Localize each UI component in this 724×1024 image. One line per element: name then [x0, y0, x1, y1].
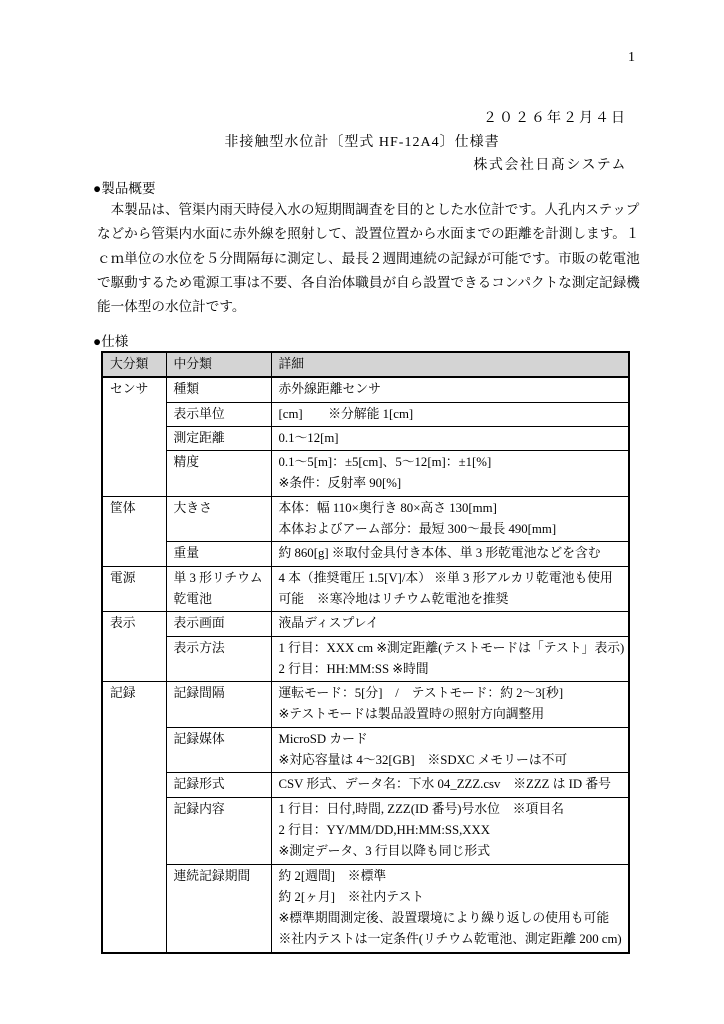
spec-detail-cell: 4 本（推奨電圧 1.5[V]/本） ※単 3 形アルカリ乾電池も使用 可能 ※… [271, 566, 629, 612]
spec-detail-cell: 本体：幅 110×奥行き 80×高さ 130[mm] 本体およびアーム部分：最短… [271, 496, 629, 542]
document-page: 1 ２０２６年２月４日 非接触型水位計〔型式 HF-12A4〕仕様書 株式会社日… [0, 0, 724, 1024]
spec-label-cell: 精度 [166, 451, 271, 497]
header-cell-subcategory: 中分類 [166, 352, 271, 377]
table-row: 表示単位 [cm] ※分解能 1[cm] [102, 402, 629, 426]
spec-label-cell: 記録間隔 [166, 682, 271, 728]
spec-category-cell-recording: 記録 [102, 682, 166, 953]
spec-label-cell: 連続記録期間 [166, 864, 271, 953]
spec-label-cell: 表示画面 [166, 612, 271, 636]
spec-detail-cell: 赤外線距離センサ [271, 377, 629, 402]
table-row: 電源 単 3 形リチウム 乾電池 4 本（推奨電圧 1.5[V]/本） ※単 3… [102, 566, 629, 612]
table-row: 測定距離 0.1～12[m] [102, 426, 629, 450]
overview-paragraph: 本製品は、管渠内雨天時侵入水の短期間調査を目的とした水位計です。人孔内ステップ … [97, 198, 631, 319]
spec-label-cell: 重量 [166, 542, 271, 566]
section-heading-overview: ●製品概要 [93, 177, 156, 197]
table-row: 記録 記録間隔 運転モード：5[分] / テストモード：約 2～3[秒] ※テス… [102, 682, 629, 728]
spec-detail-cell: 0.1～5[m]：±5[cm]、5～12[m]：±1[%] ※条件：反射率 90… [271, 451, 629, 497]
spec-label-cell: 記録内容 [166, 797, 271, 864]
document-title: 非接触型水位計〔型式 HF-12A4〕仕様書 [0, 131, 724, 151]
table-row: センサ 種類 赤外線距離センサ [102, 377, 629, 402]
table-row: 表示方法 1 行目：XXX cm ※測定距離(テストモードは「テスト」表示) 2… [102, 636, 629, 682]
header-cell-category: 大分類 [102, 352, 166, 377]
table-row: 精度 0.1～5[m]：±5[cm]、5～12[m]：±1[%] ※条件：反射率… [102, 451, 629, 497]
spec-label-cell: 表示単位 [166, 402, 271, 426]
spec-label-cell: 記録媒体 [166, 727, 271, 773]
spec-detail-cell: 1 行目：XXX cm ※測定距離(テストモードは「テスト」表示) 2 行目：H… [271, 636, 629, 682]
spec-label-cell: 単 3 形リチウム 乾電池 [166, 566, 271, 612]
table-row: 重量 約 860[g] ※取付金具付き本体、単 3 形乾電池などを含む [102, 542, 629, 566]
spec-detail-cell: MicroSD カード ※対応容量は 4～32[GB] ※SDXC メモリーは不… [271, 727, 629, 773]
table-row: 記録内容 1 行目：日付,時間, ZZZ(ID 番号)号水位 ※項目名 2 行目… [102, 797, 629, 864]
spec-table: 大分類 中分類 詳細 センサ 種類 赤外線距離センサ 表示単位 [cm] ※分解… [101, 351, 630, 954]
spec-label-cell: 測定距離 [166, 426, 271, 450]
spec-category-cell-power: 電源 [102, 566, 166, 612]
spec-category-cell-sensor: センサ [102, 377, 166, 496]
company-name: 株式会社日髙システム [473, 154, 627, 174]
spec-detail-cell: CSV 形式、データ名：下水 04_ZZZ.csv ※ZZZ は ID 番号 [271, 773, 629, 797]
table-row: 筐体 大きさ 本体：幅 110×奥行き 80×高さ 130[mm] 本体およびア… [102, 496, 629, 542]
spec-detail-cell: 運転モード：5[分] / テストモード：約 2～3[秒] ※テストモードは製品設… [271, 682, 629, 728]
spec-label-cell: 表示方法 [166, 636, 271, 682]
page-number: 1 [628, 50, 635, 66]
spec-detail-cell: 約 2[週間] ※標準 約 2[ヶ月] ※社内テスト ※標準期間測定後、設置環境… [271, 864, 629, 953]
spec-detail-cell: 約 860[g] ※取付金具付き本体、単 3 形乾電池などを含む [271, 542, 629, 566]
spec-category-cell-enclosure: 筐体 [102, 496, 166, 566]
spec-label-cell: 種類 [166, 377, 271, 402]
spec-table-header-row: 大分類 中分類 詳細 [102, 352, 629, 377]
spec-detail-cell: 0.1～12[m] [271, 426, 629, 450]
spec-category-cell-display: 表示 [102, 612, 166, 682]
table-row: 連続記録期間 約 2[週間] ※標準 約 2[ヶ月] ※社内テスト ※標準期間測… [102, 864, 629, 953]
spec-detail-cell: [cm] ※分解能 1[cm] [271, 402, 629, 426]
header-cell-detail: 詳細 [271, 352, 629, 377]
table-row: 表示 表示画面 液晶ディスプレイ [102, 612, 629, 636]
section-heading-spec: ●仕様 [93, 330, 128, 350]
spec-label-cell: 記録形式 [166, 773, 271, 797]
table-row: 記録形式 CSV 形式、データ名：下水 04_ZZZ.csv ※ZZZ は ID… [102, 773, 629, 797]
document-date: ２０２６年２月４日 [483, 107, 627, 127]
table-row: 記録媒体 MicroSD カード ※対応容量は 4～32[GB] ※SDXC メ… [102, 727, 629, 773]
spec-detail-cell: 1 行目：日付,時間, ZZZ(ID 番号)号水位 ※項目名 2 行目：YY/M… [271, 797, 629, 864]
spec-label-cell: 大きさ [166, 496, 271, 542]
spec-detail-cell: 液晶ディスプレイ [271, 612, 629, 636]
